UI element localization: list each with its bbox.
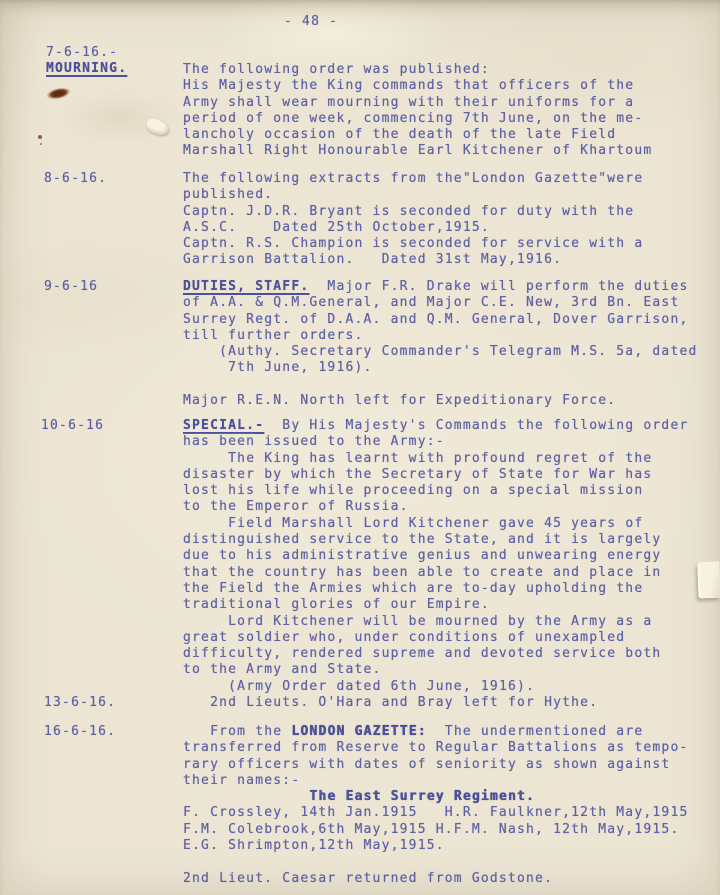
- entry-2-body: The following extracts from the"London G…: [183, 171, 643, 269]
- entry-4-text-b: issued to the Army:- The King has learnt…: [183, 434, 661, 693]
- ink-stain: [45, 86, 72, 102]
- entry-5-date: 13-6-16.: [44, 695, 116, 711]
- entry-1-date-block: 7-6-16.-MOURNING.: [46, 45, 127, 78]
- entry-6-text-pre: From the: [183, 724, 291, 739]
- page-number: - 48 -: [284, 14, 338, 30]
- entry-4-body: SPECIAL.- By His Majesty's Commands the …: [183, 418, 689, 695]
- entry-6-text-post: F. Crossley, 14th Jan.1915 H.R. Faulkner…: [183, 805, 689, 885]
- entry-3-body: DUTIES, STAFF. Major F.R. Drake will per…: [183, 279, 698, 409]
- entry-6-body: From the LONDON GAZETTE: The undermentio…: [183, 724, 689, 887]
- entry-4-heading: SPECIAL.-: [183, 418, 264, 433]
- entry-3-date: 9-6-16: [44, 279, 98, 295]
- paper-tab: [697, 562, 720, 599]
- entry-1-heading: MOURNING.: [46, 61, 127, 77]
- entry-6-date: 16-6-16.: [44, 724, 116, 740]
- entry-5-body: 2nd Lieuts. O'Hara and Bray left for Hyt…: [183, 695, 598, 711]
- entry-4-date: 10-6-16: [41, 418, 104, 434]
- entry-1-date: 7-6-16.-: [46, 45, 127, 61]
- entry-3-heading: DUTIES, STAFF.: [183, 279, 309, 294]
- entry-4-text-a: By His Majesty's Commands the following …: [264, 418, 688, 433]
- entry-1-body: The following order was published: His M…: [183, 62, 652, 160]
- entry-2-date: 8-6-16.: [44, 171, 107, 187]
- ink-dot: [38, 135, 42, 139]
- paper-chip: [144, 117, 170, 137]
- entry-4-overlined-words: has been: [183, 434, 255, 449]
- entry-6-regiment-bold: The East Surrey Regiment.: [309, 789, 535, 804]
- entry-3-text: Major F.R. Drake will perform the duties…: [183, 279, 698, 408]
- diary-page: - 48 - 7-6-16.-MOURNING. The following o…: [0, 0, 720, 895]
- entry-6-gazette-bold: LONDON GAZETTE:: [291, 724, 426, 739]
